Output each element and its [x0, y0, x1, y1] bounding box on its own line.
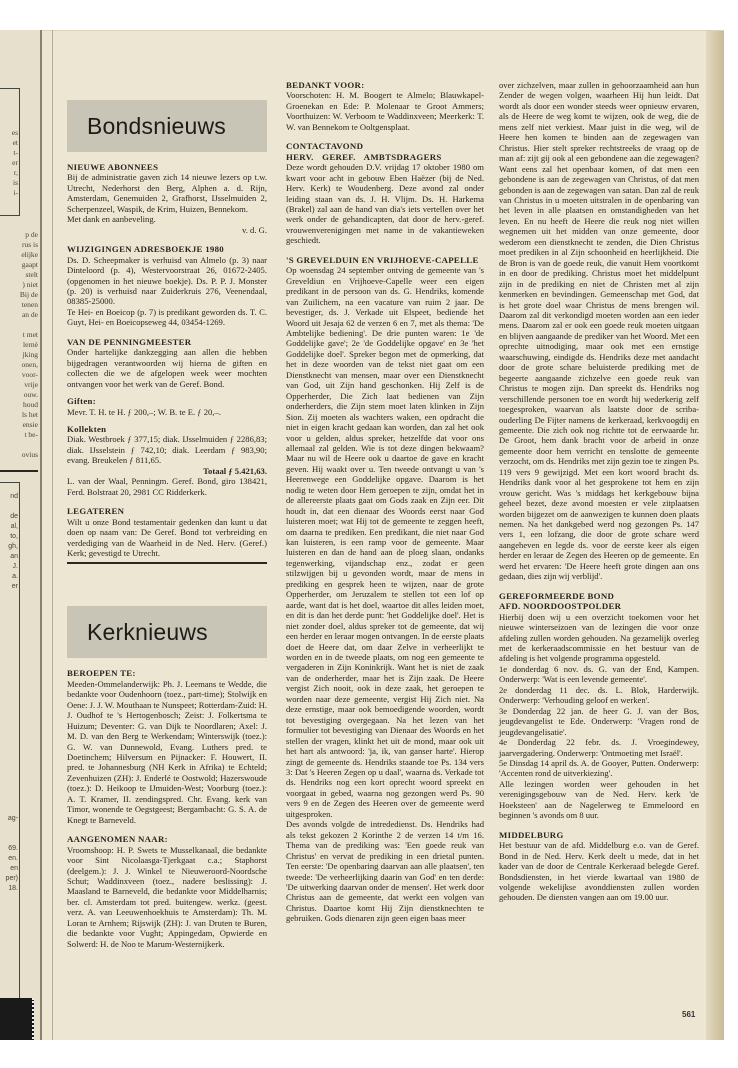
scanned-page: es et t- er r, is i- p de rus is elijke … — [0, 0, 738, 1068]
previous-page-text-top: es et t- er r, is i- — [0, 128, 18, 198]
gutter-line — [40, 30, 42, 1040]
article-intro: Hierbij doen wij u een overzicht toekome… — [499, 612, 699, 664]
article-heading-line2: AFD. NOORDOOSTPOLDER — [499, 601, 699, 611]
program-item-5: 5e Dinsdag 14 april ds. A. de Gooyer, Pu… — [499, 758, 699, 779]
article-body: Deze wordt gehouden D.V. vrijdag 17 okto… — [286, 162, 484, 246]
left-column: Bondsnieuws NIEUWE ABONNEES Bij de admin… — [67, 100, 267, 958]
previous-page-strip: es et t- er r, is i- p de rus is elijke … — [0, 30, 40, 1040]
article-body-continued: over zichzelven, maar zullen in gehoorza… — [499, 80, 699, 582]
program-item-2: 2e donderdag 11 dec. ds. L. Blok, Harder… — [499, 685, 699, 706]
program-item-4: 4e Donderdag 22 febr. ds. J. Vroegindewe… — [499, 737, 699, 758]
article-heading: BEROEPEN TE: — [67, 668, 267, 678]
penningmeester-signature: L. van der Waal, Penningm. Geref. Bond, … — [67, 476, 267, 497]
article-body: Op woensdag 24 september ontving de geme… — [286, 265, 484, 819]
program-item-3: 3e Donderdag 22 jan. de heer G. J. van d… — [499, 706, 699, 737]
section-title: Bondsnieuws — [87, 121, 226, 131]
article-body: Het bestuur van de afd. Middelburg e.o. … — [499, 840, 699, 903]
article-aangenomen: AANGENOMEN NAAR: Vroomshoop: H. P. Swets… — [67, 834, 267, 949]
article-body: Vroomshoop: H. P. Swets te Musselkanaal,… — [67, 845, 267, 950]
article-greveldiun-continued: over zichzelven, maar zullen in gehoorza… — [499, 80, 699, 582]
previous-page-text-box: nd de al, to, gh, an J. a. er — [0, 492, 18, 592]
kerknieuws-banner: Kerknieuws — [67, 606, 267, 658]
article-middelburg: MIDDELBURG Het bestuur van de afd. Midde… — [499, 830, 699, 903]
article-closing: Alle lezingen worden weer gehouden in he… — [499, 779, 699, 821]
article-wijzigingen-adresboekje: WIJZIGINGEN ADRESBOEKJE 1980 Ds. D. Sche… — [67, 244, 267, 328]
article-beroepen: BEROEPEN TE: Meeden-Ommelanderwijk: Ph. … — [67, 668, 267, 825]
article-nieuwe-abonnees: NIEUWE ABONNEES Bij de administratie gav… — [67, 162, 267, 235]
article-body-2: Te Hei- en Boeicop (p. 7) is predikant g… — [67, 307, 267, 328]
article-contactavond: CONTACTAVOND HERV. GEREF. AMBTSDRAGERS D… — [286, 141, 484, 246]
article-body: Onder hartelijke dankzegging aan allen d… — [67, 347, 267, 389]
gutter-line-inner — [52, 30, 53, 1040]
bondsnieuws-banner: Bondsnieuws — [67, 100, 267, 152]
totaal-amount: Totaal ƒ 5.421,63. — [67, 466, 267, 476]
page-number: 561 — [682, 1010, 695, 1019]
article-penningmeester: VAN DE PENNINGMEESTER Onder hartelijke d… — [67, 337, 267, 497]
section-divider — [67, 562, 267, 564]
giften-body: Mevr. T. H. te H. ƒ 200,–; W. B. te E. ƒ… — [67, 407, 267, 417]
article-heading: LEGATEREN — [67, 506, 267, 516]
article-bedankt: BEDANKT VOOR: Voorschoten: H. M. Boogert… — [286, 80, 484, 132]
article-legateren: LEGATEREN Wilt u onze Bond testamentair … — [67, 506, 267, 558]
article-body: Voorschoten: H. M. Boogert te Almelo; Bl… — [286, 90, 484, 132]
article-body: Bij de administratie gaven zich 14 nieuw… — [67, 172, 267, 214]
article-heading: VAN DE PENNINGMEESTER — [67, 337, 267, 347]
article-closing: Met dank en aanbeveling. — [67, 214, 267, 224]
article-greveldiun: 'S GREVELDUIN EN VRIJHOEVE-CAPELLE Op wo… — [286, 255, 484, 924]
kollekten-body: Diak. Westbroek ƒ 377,15; diak. IJsselmu… — [67, 434, 267, 465]
middle-column: BEDANKT VOOR: Voorschoten: H. M. Boogert… — [286, 80, 484, 933]
previous-page-text-box-lower: ag- 69. en. en per) 18. — [0, 814, 18, 894]
article-heading-line1: GEREFORMEERDE BOND — [499, 591, 699, 601]
article-heading: NIEUWE ABONNEES — [67, 162, 267, 172]
article-heading: BEDANKT VOOR: — [286, 80, 484, 90]
article-signature: v. d. G. — [67, 225, 267, 235]
previous-page-text-mid: p de rus is elijke gaapt stelt ) niet Bi… — [0, 230, 38, 460]
right-column: over zichzelven, maar zullen in gehoorza… — [499, 80, 699, 912]
article-heading: AANGENOMEN NAAR: — [67, 834, 267, 844]
section-title: Kerknieuws — [87, 627, 208, 637]
article-body: Ds. D. Scheepmaker is verhuisd van Almel… — [67, 255, 267, 307]
article-heading-line1: CONTACTAVOND — [286, 141, 484, 151]
previous-page-rule — [0, 470, 38, 472]
program-item-1: 1e donderdag 6 nov. ds. G. van der End, … — [499, 664, 699, 685]
kollekten-heading: Kollekten — [67, 424, 267, 434]
article-body: Meeden-Ommelanderwijk: Ph. J. Leemans te… — [67, 679, 267, 825]
article-body: Wilt u onze Bond testamentair gedenken d… — [67, 517, 267, 559]
article-heading: MIDDELBURG — [499, 830, 699, 840]
article-heading-line2: HERV. GEREF. AMBTSDRAGERS — [286, 152, 484, 162]
article-heading: 'S GREVELDUIN EN VRIJHOEVE-CAPELLE — [286, 255, 484, 265]
previous-page-dotted-graphic — [0, 998, 34, 1040]
article-noordoostpolder: GEREFORMEERDE BOND AFD. NOORDOOSTPOLDER … — [499, 591, 699, 821]
giften-heading: Giften: — [67, 396, 267, 406]
article-body-2: Des avonds volgde de intrededienst. Ds. … — [286, 819, 484, 924]
article-heading: WIJZIGINGEN ADRESBOEKJE 1980 — [67, 244, 267, 254]
